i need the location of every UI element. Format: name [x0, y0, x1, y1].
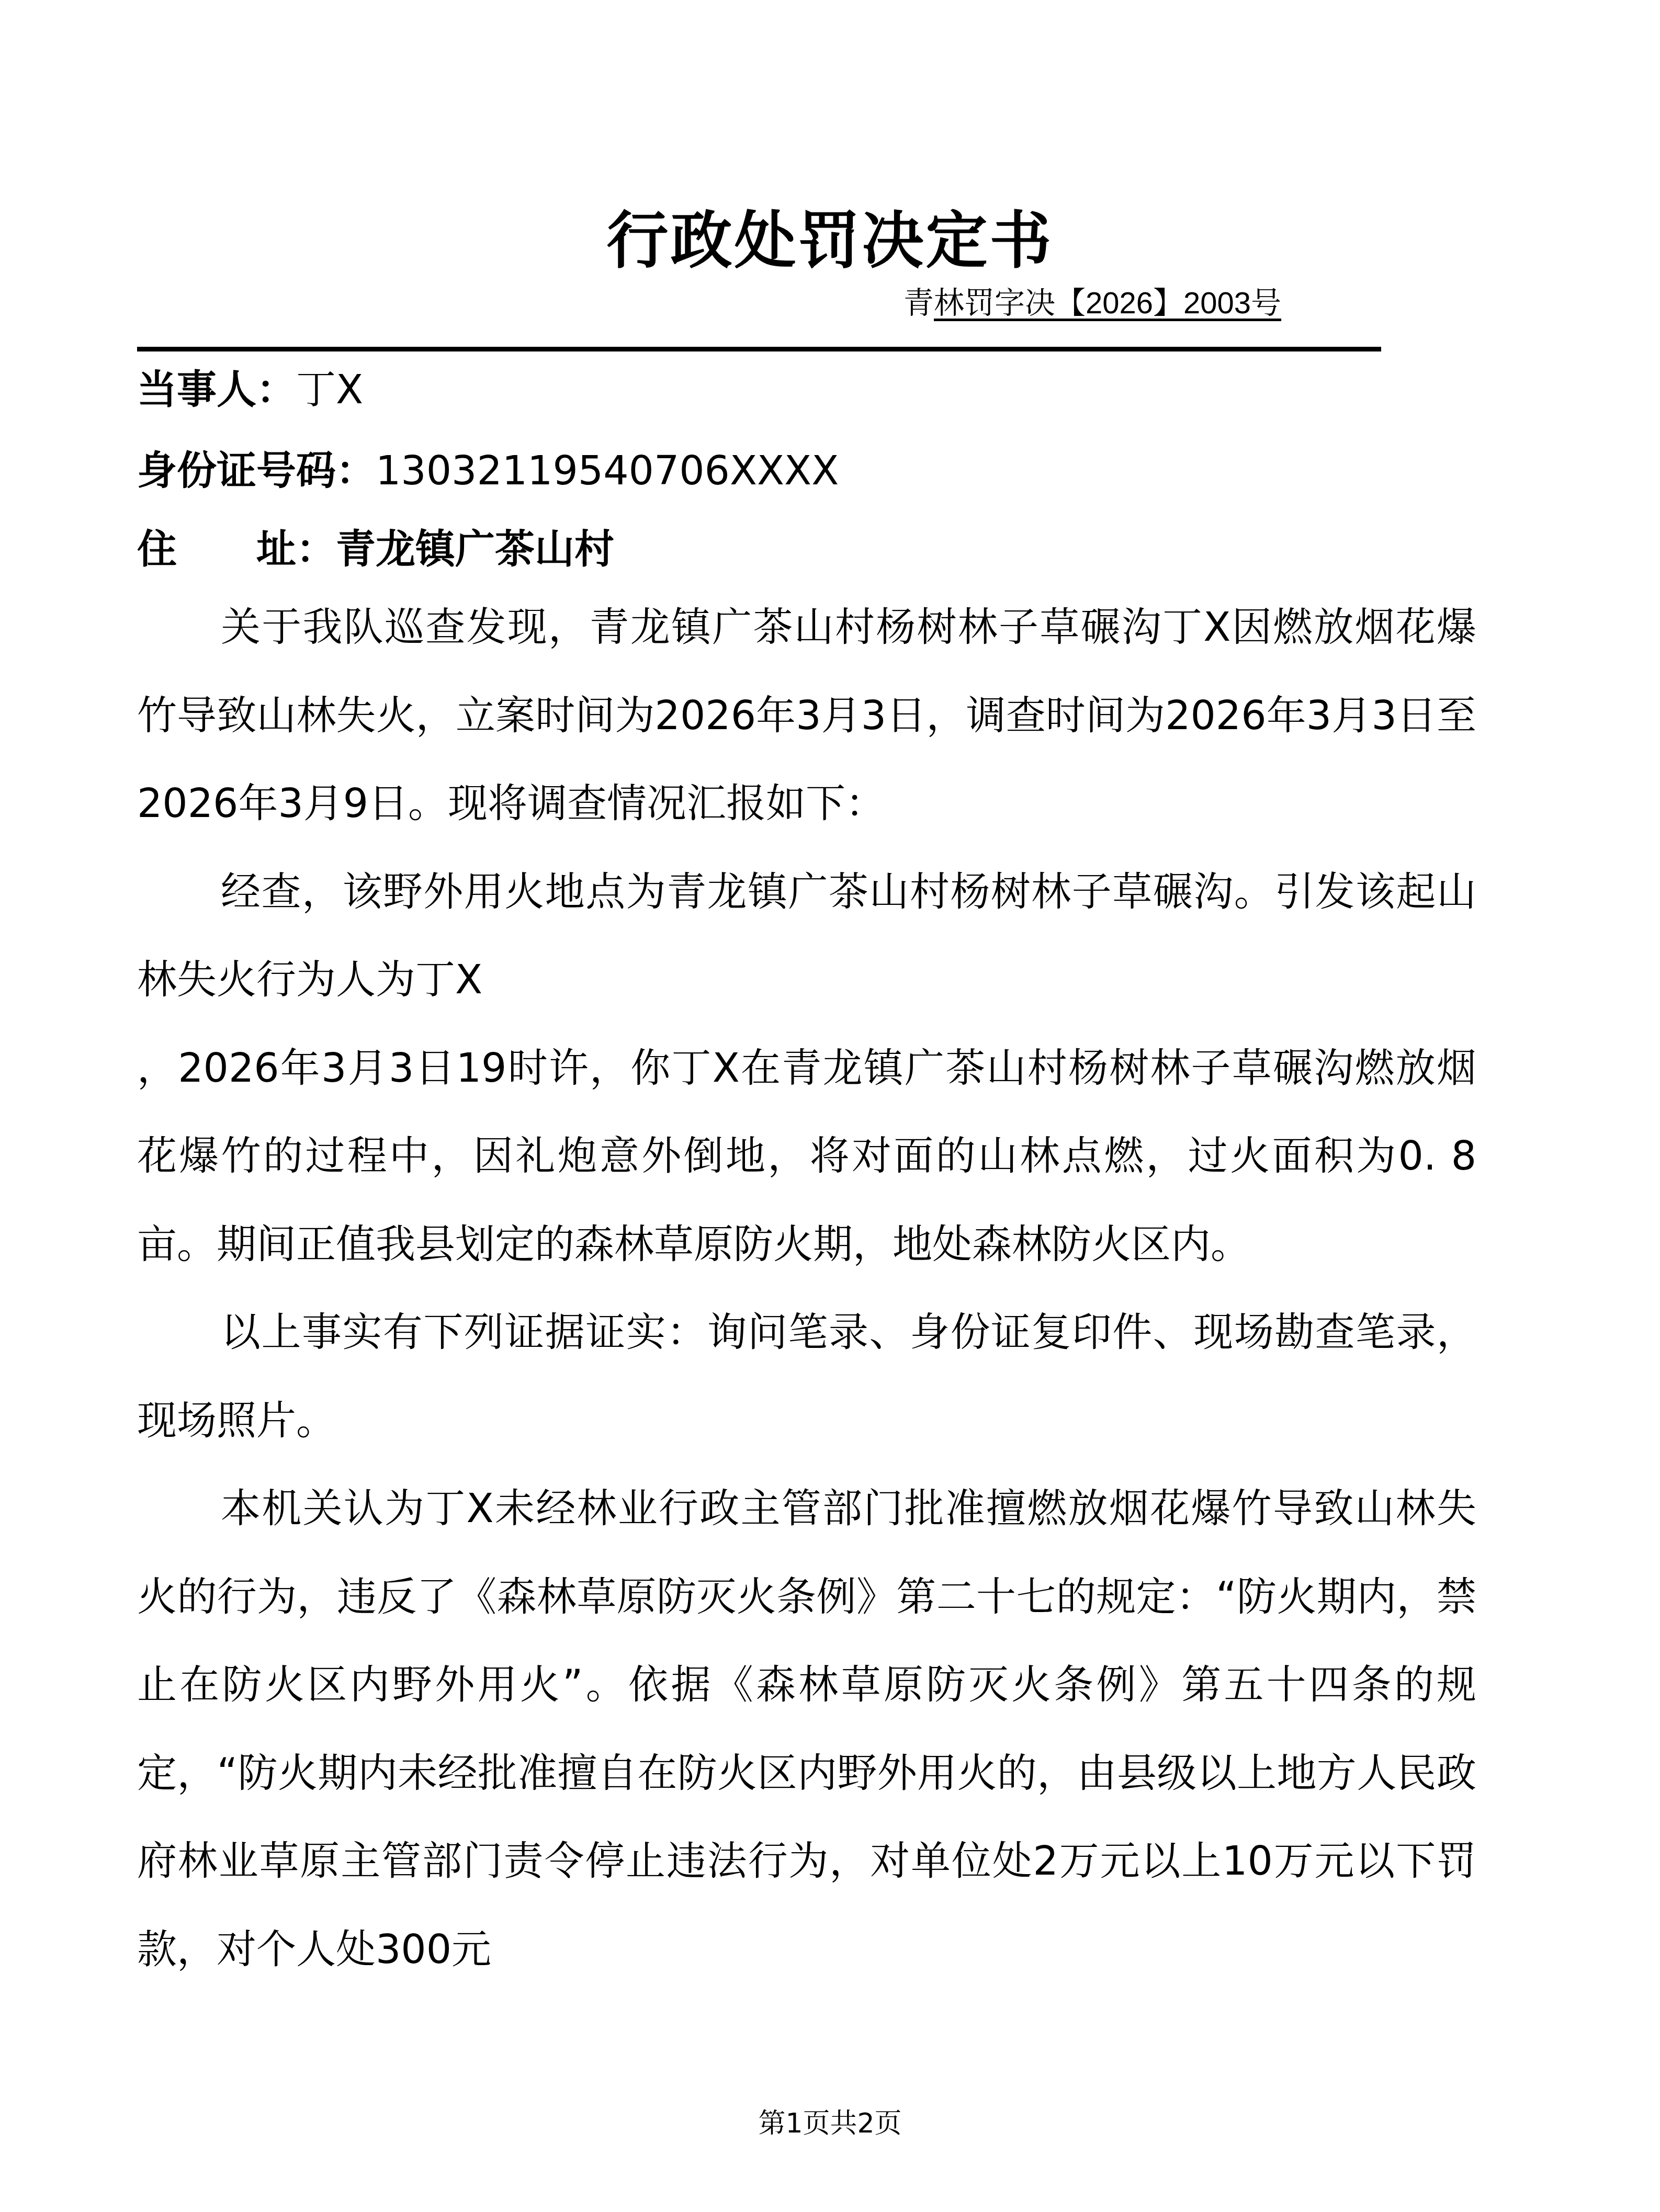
id-number-label: 身份证号码： [137, 447, 376, 494]
party-value: 丁X [296, 366, 363, 413]
party-label: 当事人： [137, 366, 296, 413]
document-number-underlined: 林罚字决【2026】2003号 [934, 286, 1281, 320]
address-field: 住 址：青龙镇广茶山村 [137, 520, 614, 578]
address-label: 住 址： [137, 526, 336, 572]
header-divider [137, 347, 1381, 351]
document-number-prefix: 青 [904, 286, 934, 320]
document-body: 关于我队巡查发现，青龙镇广茶山村杨树林子草碾沟丁X因燃放烟花爆竹导致山林失火，立… [137, 583, 1476, 1993]
paragraph-investigation-intro: 关于我队巡查发现，青龙镇广茶山村杨树林子草碾沟丁X因燃放烟花爆竹导致山林失火，立… [137, 583, 1476, 848]
paragraph-incident-details: ，2026年3月3日19时许，你丁X在青龙镇广茶山村杨树林子草碾沟燃放烟花爆竹的… [137, 1024, 1476, 1289]
paragraph-findings: 经查，该野外用火地点为青龙镇广茶山村杨树林子草碾沟。引发该起山林失火行为人为丁X [137, 848, 1476, 1024]
id-number-field: 身份证号码：13032119540706XXXX [137, 442, 839, 500]
paragraph-evidence: 以上事实有下列证据证实：询问笔录、身份证复印件、现场勘查笔录，现场照片。 [137, 1288, 1476, 1465]
id-number-value: 13032119540706XXXX [376, 447, 839, 494]
paragraph-legal-basis: 本机关认为丁X未经林业行政主管部门批准擅燃放烟花爆竹导致山林失火的行为，违反了《… [137, 1465, 1476, 1993]
document-number: 青林罚字决【2026】2003号 [904, 282, 1281, 324]
party-field: 当事人：丁X [137, 361, 363, 418]
address-value: 青龙镇广茶山村 [336, 526, 614, 572]
page-footer: 第1页共2页 [0, 2105, 1660, 2142]
document-title: 行政处罚决定书 [0, 201, 1660, 280]
